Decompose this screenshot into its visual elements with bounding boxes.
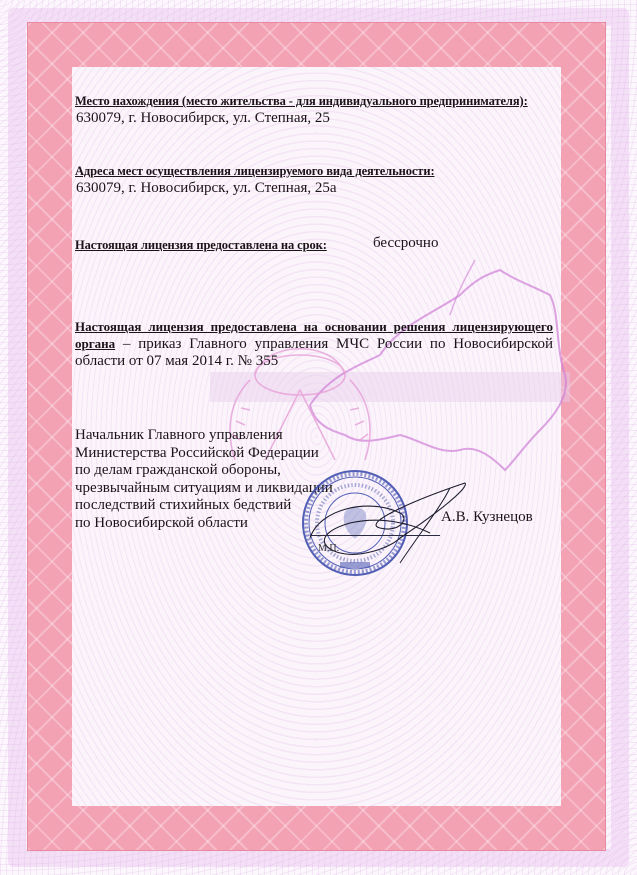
license-basis: Настоящая лицензия предоставлена на осно…: [75, 318, 553, 370]
basis-line2: органа – приказ Главного управления МЧС …: [75, 335, 553, 353]
seal-mark: М.П.: [318, 543, 339, 554]
license-term-value: бессрочно: [373, 235, 438, 252]
signer-title-line: чрезвычайным ситуациям и ликвидации: [75, 480, 333, 498]
basis-text-line2: – приказ Главного управления МЧС России …: [115, 336, 553, 352]
signer-title-line: по делам гражданской обороны,: [75, 462, 333, 480]
activity-addresses-value: 630079, г. Новосибирск, ул. Степная, 25а: [76, 180, 337, 197]
location-value: 630079, г. Новосибирск, ул. Степная, 25: [76, 110, 330, 127]
basis-label-line2: органа: [75, 336, 115, 351]
signature-line: [310, 535, 440, 536]
license-term-label: Настоящая лицензия предоставлена на срок…: [75, 238, 327, 253]
signer-title-line: Министерства Российской Федерации: [75, 445, 333, 463]
basis-label-line1: Настоящая лицензия предоставлена на осно…: [75, 318, 553, 335]
signer-name: А.В. Кузнецов: [441, 509, 533, 526]
signer-title-line: Начальник Главного управления: [75, 427, 333, 445]
activity-addresses-label: Адреса мест осуществления лицензируемого…: [75, 164, 435, 179]
signer-title-line: последствий стихийных бедствий: [75, 497, 333, 515]
signer-title-line: по Новосибирской области: [75, 515, 333, 533]
signer-title: Начальник Главного управления Министерст…: [75, 427, 333, 532]
basis-text-line3: области от 07 мая 2014 г. № 355: [75, 353, 553, 370]
location-label: Место нахождения (место жительства - для…: [75, 94, 528, 109]
